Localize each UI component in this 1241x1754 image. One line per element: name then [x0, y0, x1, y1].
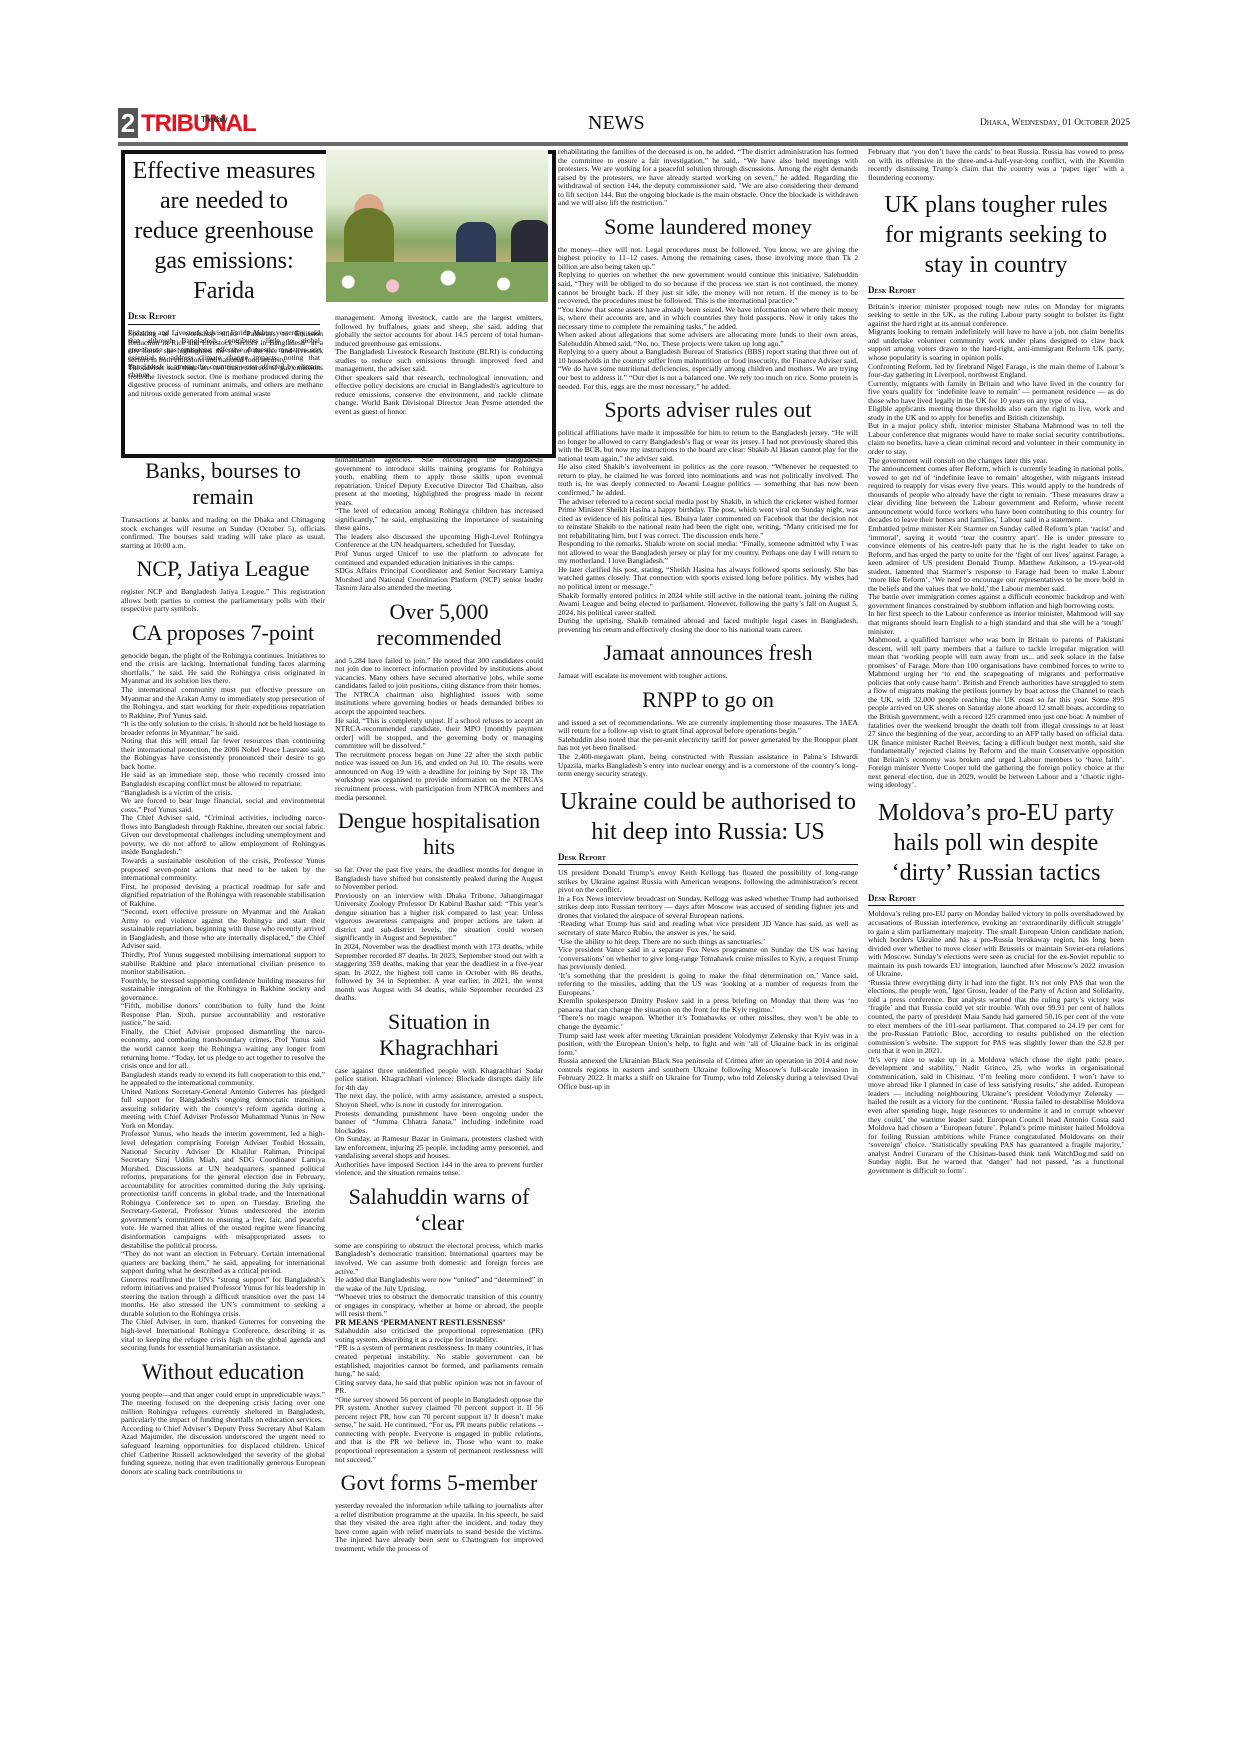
column-2: humanitarian agencies. She encouraged th… — [335, 456, 543, 1553]
paragraph: Transactions at banks and trading on the… — [121, 516, 325, 550]
paragraph: In a Fox News interview broadcast on Sun… — [558, 895, 858, 921]
headline[interactable]: CA proposes 7-point — [121, 620, 325, 646]
paragraph: Bangladesh stands ready to extend its fu… — [121, 1071, 325, 1088]
paragraph: The adviser said there are two main sour… — [128, 364, 323, 398]
paragraph: He later clarified his post, stating, “S… — [558, 566, 858, 592]
paragraph: The recruitment process began on June 22… — [335, 751, 543, 802]
paragraph: The next day, the police, with army assi… — [335, 1092, 543, 1109]
masthead: 2 The daily TRIBUNAL NEWS Dhaka, Wednesd… — [118, 108, 1130, 138]
paragraph: When asked about allegations that some a… — [558, 331, 858, 348]
paragraph: Jamaat will escalate its movement with t… — [558, 672, 858, 681]
headline[interactable]: UK plans tougher rules for migrants seek… — [868, 190, 1124, 280]
paragraph: The NTRCA chairman also highlighted issu… — [335, 691, 543, 717]
paragraph: The 2,400-megawatt plant, being construc… — [558, 753, 858, 779]
byline: Desk Report — [128, 312, 320, 325]
logo-name: TRIBUNAL — [141, 110, 256, 137]
logo-wordmark: The daily TRIBUNAL — [141, 110, 256, 138]
paragraph: “It is the only solution to the crisis. … — [121, 720, 325, 737]
lead-story-col2: management. Among livestock, cattle are … — [335, 314, 543, 417]
paragraph: Russia annexed the Ukrainian Black Sea p… — [558, 1057, 858, 1091]
paragraph: Migrants looking to remain indefinitely … — [868, 328, 1124, 362]
paragraph: Previously on an interview with Dhaka Tr… — [335, 892, 543, 943]
paragraph: Guterres reaffirmed the UN’s “strong sup… — [121, 1276, 325, 1319]
paragraph: Finally, the Chief Adviser proposed dism… — [121, 1028, 325, 1071]
paragraph: Responding to the remarks, Shakib wrote … — [558, 540, 858, 566]
paragraph: He also cited Shakib’s involvement in po… — [558, 463, 858, 497]
byline: Desk Report — [558, 853, 858, 866]
paragraph: Trump said last week after meeting Ukrai… — [558, 1032, 858, 1058]
paragraph: The adviser referred to a recent social … — [558, 498, 858, 541]
paragraph: Britain’s interior minister proposed tou… — [868, 303, 1124, 329]
paragraph: On Sunday, at Ramesur Bazar in Guimara, … — [335, 1135, 543, 1161]
paragraph: “The level of education among Rohingya c… — [335, 507, 543, 533]
paragraph: ‘Reading what Trump has said and reading… — [558, 920, 858, 937]
headline[interactable]: Salahuddin warns of ‘clear — [335, 1184, 543, 1236]
paragraph: “Whoever tries to obstruct the democrati… — [335, 1293, 543, 1319]
headline[interactable]: Govt forms 5-member — [335, 1470, 543, 1496]
paragraph: Prof Yunus urged Unicef to use the platf… — [335, 550, 543, 567]
paragraph: yesterday revealed the information while… — [335, 1502, 543, 1553]
paragraph: The leaders also discussed the upcoming … — [335, 533, 543, 550]
paragraph: Eligible applicants meeting those thresh… — [868, 405, 1124, 422]
headline[interactable]: Jamaat announces fresh — [558, 640, 858, 666]
paragraph: The battle over immigration comes agains… — [868, 593, 1124, 610]
paragraph: Fourthly, he stressed supporting confide… — [121, 977, 325, 1003]
paragraph: Speaking at a workshop titled “Pathways … — [128, 330, 323, 364]
paragraph: young people—and that anger could erupt … — [121, 1391, 325, 1425]
paragraph: political affiliations have made it impo… — [558, 429, 858, 463]
paragraph: case against three unidentified people w… — [335, 1067, 543, 1093]
flower-arrangement — [326, 262, 548, 302]
paragraph: He said as an immediate step, those who … — [121, 771, 325, 788]
headline[interactable]: Banks, bourses to remain — [121, 458, 325, 510]
paragraph: Salehuddin also noted that the per-unit … — [558, 736, 858, 753]
headline[interactable]: Ukraine could be authorised to hit deep … — [558, 787, 858, 847]
paragraph: We are forced to bear huge financial, so… — [121, 797, 325, 814]
column-1: Banks, bourses to remain Transactions at… — [121, 452, 325, 1476]
paragraph: Replying to a query about a Bangladesh B… — [558, 348, 858, 391]
headline[interactable]: Sports adviser rules out — [558, 397, 858, 423]
paragraph: register NCP and Bangladesh Jatiya Leagu… — [121, 588, 325, 614]
paragraph: ‘There’s no magic weapon. Whether it’s T… — [558, 1014, 858, 1031]
paragraph: February that ‘you don’t have the cards’… — [868, 148, 1124, 182]
paragraph: SDGs Affairs Principal Coordinator and S… — [335, 567, 543, 593]
paragraph: “Second, exert effective pressure on Mya… — [121, 908, 325, 951]
paragraph: Other speakers said that research, techn… — [335, 374, 543, 417]
paragraph: Citing survey data, he said that public … — [335, 1379, 543, 1396]
byline: Desk Report — [868, 894, 1124, 907]
paragraph: so far. Over the past five years, the de… — [335, 866, 543, 892]
headline[interactable]: Without education — [121, 1359, 325, 1385]
byline: Desk Report — [868, 286, 1124, 299]
paragraph: Towards a sustainable resolution of the … — [121, 857, 325, 883]
paragraph: Noting that this will entail far fewer r… — [121, 737, 325, 771]
headline[interactable]: Situation in Khagrachhari — [335, 1009, 543, 1061]
paragraph: In 2024, November was the deadliest mont… — [335, 943, 543, 1003]
paragraph: Thirdly, Prof Yunus suggested mobilising… — [121, 951, 325, 977]
paragraph: “Fifth, mobilise donors’ contribution to… — [121, 1002, 325, 1028]
paragraph: Vice president Vance said in a separate … — [558, 946, 858, 972]
lead-story-photo[interactable] — [326, 150, 548, 302]
article-body-ca: genocide began, the plight of the Rohing… — [121, 652, 325, 1353]
headline[interactable]: Over 5,000 recommended — [335, 599, 543, 651]
paragraph: The international community must put eff… — [121, 686, 325, 720]
paragraph: The announcement comes after Reform, whi… — [868, 465, 1124, 525]
paragraph: the money—they will not. Legal procedure… — [558, 246, 858, 272]
paragraph: Confronting Reform, led by firebrand Nig… — [868, 363, 1124, 380]
newspaper-logo[interactable]: 2 The daily TRIBUNAL — [118, 108, 256, 138]
paragraph: Salahuddin also criticised the proportio… — [335, 1327, 543, 1344]
paragraph: US president Donald Trump’s envoy Keith … — [558, 869, 858, 895]
paragraph: Moldova’s ruling pro-EU party on Monday … — [868, 910, 1124, 978]
paragraph: Authorities have imposed Section 144 in … — [335, 1161, 543, 1178]
paragraph: ‘It’s very nice to wake up in a Moldova … — [868, 1056, 1124, 1176]
paragraph: and 5,284 have failed to join.” He noted… — [335, 657, 543, 691]
paragraph: First, he proposed devising a practical … — [121, 883, 325, 909]
paragraph: Protests demanding punishment have been … — [335, 1110, 543, 1136]
paragraph: In her first speech to the Labour confer… — [868, 610, 1124, 636]
paragraph: “PR is a system of permanent restlessnes… — [335, 1344, 543, 1378]
paragraph: Shakib formally entered politics in 2024… — [558, 592, 858, 618]
paragraph: genocide began, the plight of the Rohing… — [121, 652, 325, 686]
logo-tagline: The daily — [201, 106, 227, 134]
headline[interactable]: Moldova’s pro-EU party hails poll win de… — [868, 798, 1124, 888]
paragraph: Replying to queries on whether the new g… — [558, 271, 858, 305]
masthead-rule — [118, 142, 1128, 146]
paragraph: ‘It’s something that the president is go… — [558, 972, 858, 998]
paragraph: The Chief Adviser said, “Criminal activi… — [121, 814, 325, 857]
paragraph: United Nations Secretary-General Antonio… — [121, 1088, 325, 1131]
paragraph: The Chief Adviser, in turn, thanked Gute… — [121, 1318, 325, 1352]
paragraph: Mahmood, a qualified barrister who was b… — [868, 636, 1124, 790]
paragraph: But in a major policy shift, interior mi… — [868, 422, 1124, 456]
paragraph: During the uprising, Shakib remained abr… — [558, 617, 858, 634]
headline[interactable]: Some laundered money — [558, 214, 858, 240]
paragraph: rehabilitating the families of the decea… — [558, 148, 858, 208]
paragraph: Currently, migrants with family in Brita… — [868, 380, 1124, 406]
column-4: February that ‘you don’t have the cards’… — [868, 148, 1124, 1175]
headline[interactable]: RNPP to go on — [558, 687, 858, 713]
paragraph: Embattled prime minister Keir Starmer on… — [868, 525, 1124, 593]
dateline: Dhaka, Wednesday, 01 October 2025 — [980, 118, 1130, 128]
paragraph: Professor Yunus, who heads the interim g… — [121, 1130, 325, 1250]
paragraph: humanitarian agencies. She encouraged th… — [335, 456, 543, 507]
paragraph: He said, “This is completely unjust. If … — [335, 717, 543, 751]
paragraph: According to Chief Adviser’s Deputy Pres… — [121, 1425, 325, 1476]
headline: Effective measures are needed to reduce … — [128, 156, 320, 306]
paragraph: Kremlin spokesperson Dmitry Peskov said … — [558, 997, 858, 1014]
paragraph: “One survey showed 56 percent of people … — [335, 1396, 543, 1464]
paragraph: The Bangladesh Livestock Research Instit… — [335, 348, 543, 374]
paragraph: “You know that some assets have already … — [558, 306, 858, 332]
paragraph: ‘Russia threw everything dirty it had in… — [868, 979, 1124, 1056]
paragraph: some are conspiring to obstruct the elec… — [335, 1242, 543, 1276]
paragraph: “They do not want an election in Februar… — [121, 1250, 325, 1276]
paragraph: and issued a set of recommendations. We … — [558, 719, 858, 736]
logo-page-number: 2 — [118, 108, 138, 138]
paragraph: management. Among livestock, cattle are … — [335, 314, 543, 348]
headline[interactable]: NCP, Jatiya League — [121, 556, 325, 582]
paragraph: He added that Bangladeshis were now “uni… — [335, 1276, 543, 1293]
column-3: rehabilitating the families of the decea… — [558, 148, 858, 1091]
headline[interactable]: Dengue hospitalisation hits — [335, 808, 543, 860]
section-title: NEWS — [588, 112, 645, 135]
